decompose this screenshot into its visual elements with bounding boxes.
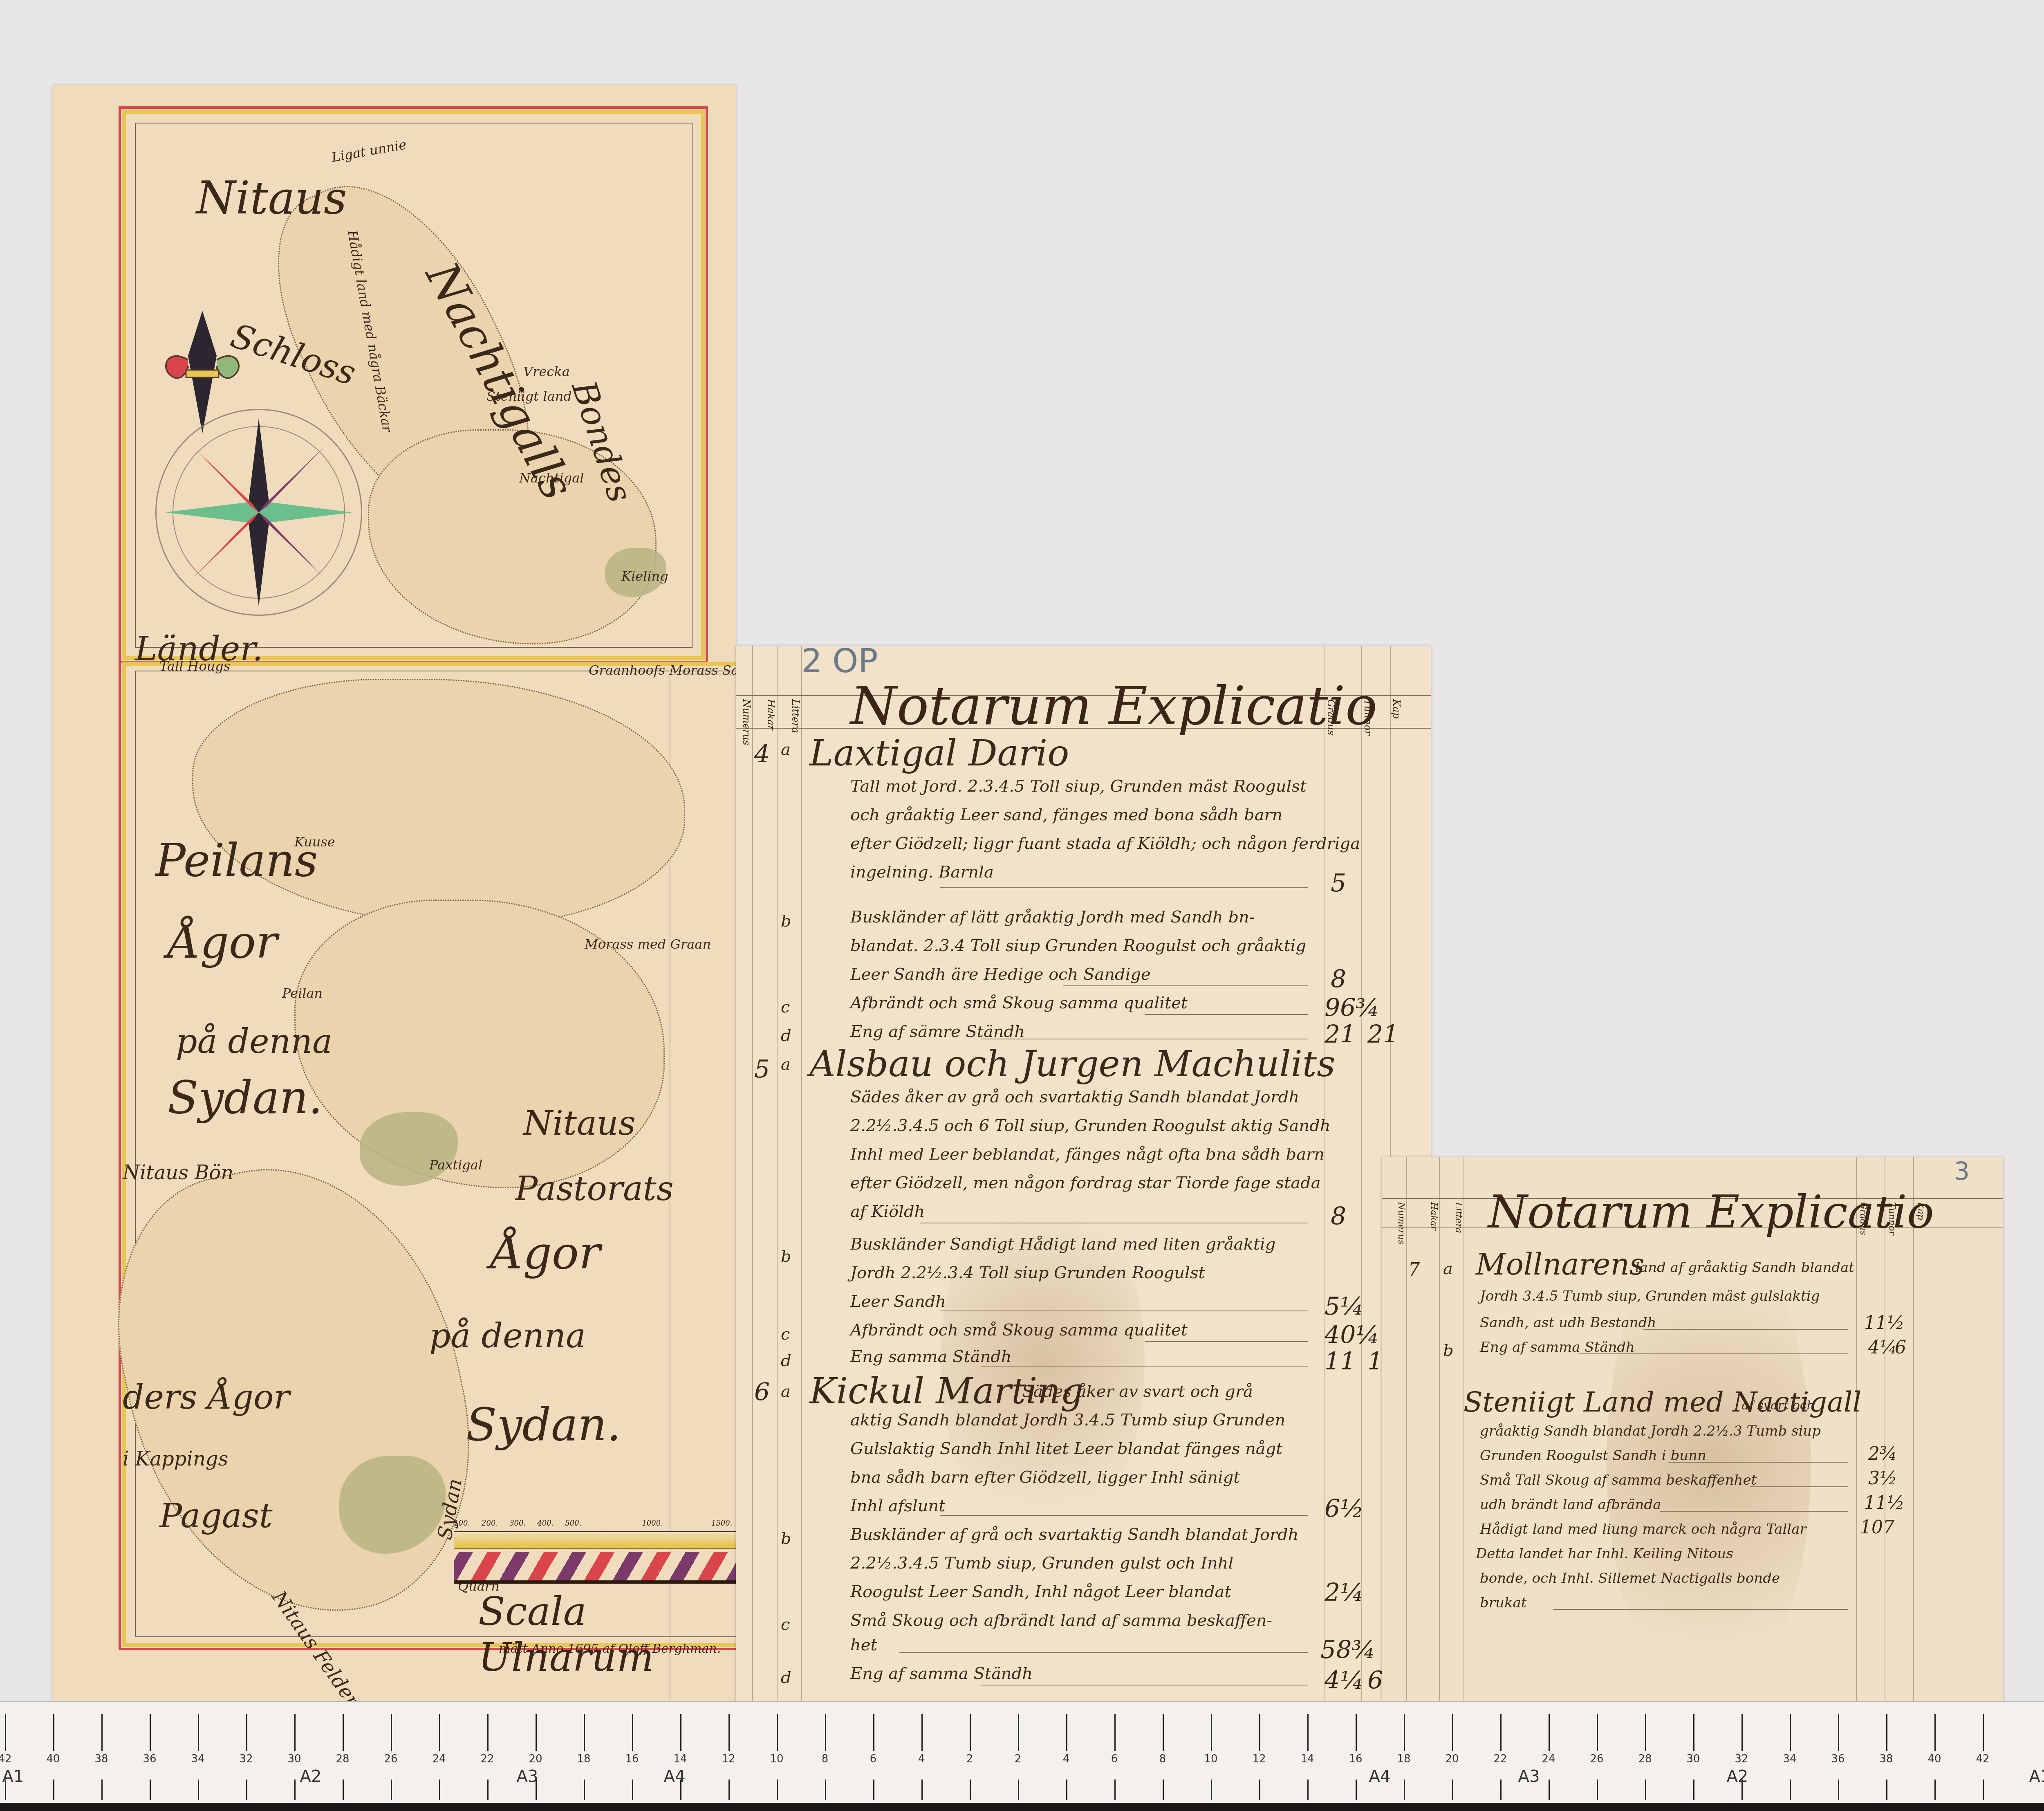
map-label-pa-denna-2: på denna: [429, 1317, 586, 1355]
entry-value: 107: [1860, 1517, 1894, 1538]
ruler-tick-label: 28: [1638, 1753, 1652, 1765]
entry-letter: d: [781, 1351, 791, 1370]
ledger-2-col-numerus: Numerus: [1396, 1202, 1406, 1244]
ruler-tick: [1838, 1714, 1839, 1751]
entry-letter: b: [781, 1247, 791, 1266]
ledger-2-col-kap: Kap: [1915, 1202, 1925, 1220]
entry-text: Afbrändt och små Skoug samma qualitet: [850, 994, 1188, 1012]
ruler-tick-label: 40: [1927, 1753, 1941, 1765]
ruler-tick-label: 4: [1063, 1753, 1070, 1765]
ruler-tick: [1211, 1780, 1212, 1800]
ruler-tick: [1114, 1714, 1116, 1751]
ruler-tick-label: 30: [287, 1753, 301, 1765]
entry-text: Gulslaktig Sandh Inhl litet Leer blandat…: [850, 1439, 1282, 1458]
ruler-tick: [873, 1714, 874, 1751]
ruler-tick: [487, 1714, 489, 1751]
ledger-page-1: 2 OP Notarum Explicatio Numerus Hakar Li…: [736, 646, 1431, 1709]
entry-letter: c: [781, 1325, 790, 1344]
entry-text: Grunden Roogulst Sandh i bunn: [1480, 1447, 1706, 1464]
ledger-1-col-littera: Littera: [790, 699, 801, 733]
scale-tick-1000: 1000.: [642, 1519, 663, 1528]
ruler-tick: [198, 1780, 199, 1800]
entry-letter: a: [1443, 1259, 1453, 1278]
ruler-tick: [584, 1780, 585, 1800]
entry-letter: a: [781, 740, 791, 759]
ruler-tick: [294, 1780, 296, 1800]
place-tall-hougs: Tall Hougs: [159, 658, 230, 674]
entry-letter: b: [1443, 1341, 1454, 1360]
entry-title-laxtigal-dario: Laxtigal Dario: [809, 732, 1069, 774]
entry-text: af svart och: [1741, 1398, 1815, 1413]
ledger-2-col-littera: Littera: [1453, 1202, 1464, 1233]
entry-number: 5: [754, 1055, 770, 1084]
scale-bar-stripes: [454, 1552, 740, 1584]
ruler-tick: [1404, 1780, 1405, 1800]
ruler-tick: [1597, 1780, 1598, 1800]
ruler-tick-label: 36: [143, 1753, 156, 1765]
scale-bar-ticks: 100. 200. 300. 400. 500. 1000. 1500. 200…: [454, 1519, 740, 1528]
ruler-tick-label: 22: [1493, 1753, 1507, 1765]
entry-value: 5: [1331, 869, 1346, 898]
ruler-tick: [150, 1780, 151, 1800]
ruler-tick-label: 26: [384, 1753, 397, 1765]
ruler-tick: [294, 1714, 296, 1751]
scanner-edge: [0, 1803, 2044, 1811]
place-nachtigal: Nachtigal: [519, 470, 584, 486]
ruler-tick: [728, 1714, 730, 1751]
place-vrecka: Vrecka: [523, 364, 570, 379]
scale-bar-title: Scala Ulnarum: [478, 1589, 752, 1680]
entry-text: Eng samma Ständh: [850, 1347, 1012, 1366]
ruler-tick: [728, 1780, 730, 1800]
ruler-tick: [246, 1714, 247, 1751]
ruler-tick: [439, 1714, 440, 1751]
ruler-tick-label: 18: [577, 1753, 590, 1765]
ruler-paper-size-label: A4: [664, 1767, 686, 1786]
ruler-tick-label: 18: [1397, 1753, 1410, 1765]
ruler-tick: [343, 1780, 344, 1800]
entry-text: udh brändt land afbrända: [1480, 1497, 1661, 1513]
entry-value: 8: [1331, 965, 1346, 994]
ruler-tick: [1597, 1714, 1598, 1751]
entry-value: 2¾: [1868, 1443, 1897, 1464]
ruler-tick: [1259, 1780, 1260, 1800]
place-kieling: Kieling: [621, 568, 668, 584]
map-label-agor-2: Ågor: [491, 1227, 601, 1279]
map-label-pagast: Pagast: [159, 1497, 273, 1535]
place-kuuse: Kuuse: [294, 834, 335, 850]
ruler-tick: [1886, 1780, 1887, 1800]
scale-tick-300: 300.: [509, 1519, 526, 1528]
entry-text: ingelning. Barnla: [850, 863, 994, 882]
ruler-tick: [1163, 1714, 1164, 1751]
ruler-tick: [1645, 1780, 1646, 1800]
ruler-tick-label: 4: [918, 1753, 925, 1765]
ruler-tick: [873, 1780, 874, 1800]
ruler-tick: [487, 1780, 489, 1800]
ruler-tick: [584, 1714, 585, 1751]
ruler-tick-label: 20: [1445, 1753, 1459, 1765]
entry-text: Roogulst Leer Sandh, Inhl något Leer bla…: [850, 1582, 1231, 1601]
ruler-tick: [1500, 1780, 1502, 1800]
entry-text: bna sådh barn efter Giödzell, ligger Inh…: [850, 1468, 1240, 1487]
entry-letter: c: [781, 1615, 790, 1634]
ruler-tick: [1838, 1780, 1839, 1800]
entry-text: Sädes åker av grå och svartaktig Sandh b…: [850, 1088, 1299, 1106]
ruler-tick: [53, 1714, 54, 1751]
entry-value: 96¾: [1325, 994, 1380, 1022]
entry-text: efter Giödzell; liggr fuant stada af Kiö…: [850, 834, 1360, 853]
entry-text: Små Skoug och afbrändt land af samma bes…: [850, 1611, 1272, 1630]
ruler-tick: [5, 1714, 6, 1751]
ruler-tick-label: 40: [46, 1753, 60, 1765]
ruler-tick-label: 10: [770, 1753, 783, 1765]
entry-text: bonde, och Inhl. Sillemet Nactigalls bon…: [1480, 1570, 1780, 1587]
ruler-tick: [1790, 1780, 1791, 1800]
ruler-tick-label: 22: [480, 1753, 494, 1765]
entry-letter: d: [781, 1026, 791, 1045]
ruler-tick: [1018, 1780, 1019, 1800]
entry-text: Sandh, ast udh Bestandh: [1480, 1315, 1656, 1331]
ruler-tick: [1452, 1780, 1453, 1800]
ruler-tick: [1259, 1714, 1260, 1751]
ruler-tick-label: 32: [1735, 1753, 1748, 1765]
entry-value: 3½: [1868, 1468, 1897, 1489]
map-label-pastorats: Pastorats: [515, 1169, 674, 1208]
entry-text: Tall mot Jord. 2.3.4.5 Toll siup, Grunde…: [850, 777, 1307, 796]
ruler-tick: [246, 1780, 247, 1800]
ruler-tick-label: 6: [1111, 1753, 1118, 1765]
ledger-1-col-gradus: Gradus: [1325, 699, 1337, 735]
ruler-tick: [921, 1714, 923, 1751]
ledger-1-col-numerus: Numerus: [741, 699, 752, 745]
ruler-tick-label: 6: [870, 1753, 877, 1765]
ruler-tick: [680, 1714, 681, 1751]
ruler-tick-label: 20: [529, 1753, 542, 1765]
ruler-tick-label: 10: [1204, 1753, 1217, 1765]
entry-text: Hådigt land med liung marck och några Ta…: [1480, 1521, 1806, 1537]
ruler-tick: [825, 1780, 826, 1800]
entry-number: 6: [754, 1378, 770, 1407]
ledger-2-col-hakar: Hakar: [1429, 1202, 1439, 1230]
entry-text: Inhl med Leer beblandat, fänges någt oft…: [850, 1145, 1325, 1164]
ruler-tick-label: 26: [1590, 1753, 1603, 1765]
ruler-tick: [1500, 1714, 1502, 1751]
entry-value: 6½: [1325, 1495, 1364, 1523]
ruler-tick: [1549, 1714, 1550, 1751]
ruler-tick: [1163, 1780, 1164, 1800]
entry-letter: d: [781, 1668, 791, 1687]
ledger-2-col-gradus: Gradus: [1858, 1202, 1868, 1235]
entry-text: Detta landet har Inhl. Keiling Nitous: [1476, 1546, 1733, 1562]
scale-bar-subtitle: mätt Anno 1695 af Oloff Berghman.: [499, 1642, 721, 1656]
entry-extra: 21: [1367, 1020, 1399, 1049]
ruler-paper-size-label: A1: [2029, 1767, 2044, 1786]
entry-letter: b: [781, 1529, 791, 1548]
scale-tick-1500: 1500.: [711, 1519, 733, 1528]
ruler-tick: [1066, 1780, 1067, 1800]
ruler-tick: [1741, 1714, 1743, 1751]
ruler-tick-label: 36: [1831, 1753, 1845, 1765]
ruler-tick: [1211, 1714, 1212, 1751]
entry-value: 58¾: [1320, 1636, 1376, 1664]
ruler-tick-label: 16: [625, 1753, 639, 1765]
ledger-1-heading: Notarum Explicatio: [850, 675, 1377, 737]
ruler-tick-label: 24: [432, 1753, 446, 1765]
ruler-tick-label: 12: [1252, 1753, 1266, 1765]
entry-value: 8: [1331, 1202, 1346, 1231]
ruler-tick: [825, 1714, 826, 1751]
entry-title-mollnarens: Mollnarens: [1476, 1247, 1645, 1281]
entry-letter: a: [781, 1382, 791, 1401]
ruler-tick: [1356, 1780, 1357, 1800]
scale-tick-400: 400.: [537, 1519, 554, 1528]
ruler-tick: [1645, 1714, 1646, 1751]
entry-text: Buskländer af lätt gråaktig Jordh med Sa…: [850, 908, 1255, 927]
entry-value: 11½: [1864, 1492, 1905, 1513]
ruler-tick: [1114, 1780, 1116, 1800]
ruler-tick: [1983, 1714, 1984, 1751]
entry-text: Buskländer af grå och svartaktig Sandh b…: [850, 1525, 1298, 1544]
place-peilan: Peilan: [282, 985, 323, 1001]
ruler-tick-label: 14: [1300, 1753, 1314, 1765]
entry-text: Jordh 3.4.5 Tumb siup, Grunden mäst guls…: [1480, 1288, 1820, 1304]
entry-text: Buskländer Sandigt Hådigt land med liten…: [850, 1235, 1275, 1254]
map-label-i-kappings: i Kappings: [123, 1447, 228, 1470]
ruler-tick: [101, 1714, 103, 1751]
entry-text: gråaktig Sandh blandat Jordh 2.2½.3 Tumb…: [1480, 1423, 1821, 1439]
ruler-tick-label: 42: [1976, 1753, 1989, 1765]
entry-text: 2.2½.3.4.5 och 6 Toll siup, Grunden Roog…: [850, 1116, 1331, 1135]
ruler-paper-size-label: A1: [2, 1767, 24, 1786]
scale-bar-cartouche: 100. 200. 300. 400. 500. 1000. 1500. 200…: [454, 1519, 752, 1674]
ruler-tick-label: 38: [1879, 1753, 1893, 1765]
ruler-tick-label: 24: [1542, 1753, 1555, 1765]
ledger-page-2: 3 Notarum Explicatio Numerus Hakar Litte…: [1382, 1157, 2003, 1721]
ruler-tick: [632, 1714, 633, 1751]
ruler-paper-size-label: A3: [1518, 1767, 1540, 1786]
ruler-tick: [1452, 1714, 1453, 1751]
map-label-ders-agor: ders Ågor: [123, 1378, 290, 1417]
map-label-nitaus-bon: Nitaus Bön: [123, 1161, 233, 1184]
ruler-tick: [1018, 1714, 1019, 1751]
ruler-paper-size-label: A4: [1369, 1767, 1391, 1786]
entry-letter: b: [781, 912, 791, 931]
entry-value: 11½: [1864, 1313, 1905, 1333]
entry-value: 11: [1325, 1347, 1356, 1376]
entry-text: Sädes åker av svart och grå: [1022, 1382, 1253, 1401]
entry-value: 4¼: [1325, 1666, 1364, 1695]
ruler-tick: [53, 1780, 54, 1800]
ruler-tick: [1356, 1714, 1357, 1751]
ruler-tick-label: 42: [0, 1753, 12, 1765]
map-label-nitaus-mid: Nitaus: [523, 1104, 636, 1143]
ruler-tick: [921, 1780, 923, 1800]
measurement-ruler: 4240383634323028262422201816141210864224…: [0, 1701, 2044, 1811]
map-label-sydan-1: Sydan.: [168, 1071, 323, 1124]
map-label-pa-denna-1: på denna: [176, 1022, 332, 1061]
ruler-tick-label: 2: [1015, 1753, 1022, 1765]
map-label-peilans: Peilans: [155, 834, 318, 886]
entry-text: Afbrändt och små Skoug samma qualitet: [850, 1321, 1188, 1340]
ruler-tick-label: 8: [1159, 1753, 1166, 1765]
ruler-tick: [1066, 1714, 1067, 1751]
ruler-tick: [1886, 1714, 1887, 1751]
ruler-tick: [1934, 1714, 1936, 1751]
map-label-agor-1: Ågor: [168, 916, 278, 968]
entry-text: Små Tall Skoug af samma beskaffenhet: [1480, 1472, 1757, 1488]
entry-value: 4¼: [1868, 1337, 1897, 1358]
entry-text: och gråaktig Leer sand, fänges med bona …: [850, 806, 1282, 824]
ruler-tick: [1307, 1714, 1309, 1751]
entry-text: Jordh 2.2½.3.4 Toll siup Grunden Rooguls…: [850, 1263, 1205, 1282]
ruler-tick: [1934, 1780, 1936, 1800]
scale-bar-ruler: [454, 1531, 740, 1549]
ruler-tick-label: 30: [1686, 1753, 1700, 1765]
entry-text: het: [850, 1636, 877, 1654]
ledger-1-col-tunnor: Tunnor: [1362, 699, 1374, 735]
entry-value: 40¼: [1325, 1321, 1380, 1349]
entry-text: 2.2½.3.4.5 Tumb siup, Grunden gulst och …: [850, 1554, 1233, 1573]
entry-extra: 6: [1895, 1337, 1906, 1358]
place-moras-med-graan: Morass med Graan: [585, 936, 711, 952]
entry-extra: 6: [1367, 1666, 1383, 1695]
ruler-tick-label: 16: [1349, 1753, 1362, 1765]
entry-value: 5¼: [1325, 1292, 1364, 1321]
place-paxtigal: Paxtigal: [429, 1157, 482, 1173]
scale-tick-100: 100.: [454, 1519, 470, 1528]
entry-letter: a: [781, 1055, 791, 1074]
compass-rose: [155, 409, 362, 616]
ruler-tick-label: 14: [673, 1753, 687, 1765]
ruler-tick: [536, 1714, 537, 1751]
entry-text: Leer Sandh äre Hedige och Sandige: [850, 965, 1151, 984]
entry-letter: c: [781, 998, 790, 1017]
entry-text: af Kiöldh: [850, 1202, 925, 1221]
ruler-tick: [1404, 1714, 1405, 1751]
place-steniigt-land: Steniigt land: [486, 388, 572, 404]
entry-number: 4: [754, 740, 770, 769]
ruler-tick-label: 8: [822, 1753, 829, 1765]
ruler-paper-size-label: A2: [1727, 1767, 1748, 1786]
map-label-nitaus-top: Nitaus: [196, 172, 347, 224]
ruler-tick: [391, 1714, 392, 1751]
ruler-paper-size-label: A3: [517, 1767, 538, 1786]
ruler-tick-label: 28: [336, 1753, 349, 1765]
ruler-tick: [150, 1714, 151, 1751]
ruler-tick-label: 32: [239, 1753, 253, 1765]
ruler-paper-size-label: A2: [300, 1767, 322, 1786]
entry-title-alsbau-jurgen-machulits: Alsbau och Jurgen Machulits: [809, 1043, 1335, 1085]
scale-tick-500: 500.: [565, 1519, 581, 1528]
ruler-tick: [970, 1714, 971, 1751]
ruler-tick: [1790, 1714, 1791, 1751]
entry-text: Inhl afslunt: [850, 1497, 945, 1515]
ruler-tick: [1693, 1714, 1694, 1751]
ruler-tick: [777, 1714, 778, 1751]
entry-text: efter Giödzell, men någon fordrag star T…: [850, 1174, 1321, 1192]
ledger-1-col-kap: Kap: [1391, 699, 1402, 719]
ruler-tick: [970, 1780, 971, 1800]
ruler-tick: [391, 1780, 392, 1800]
scale-tick-200: 200.: [482, 1519, 498, 1528]
entry-text: blandat. 2.3.4 Toll siup Grunden Rooguls…: [850, 936, 1306, 955]
entry-text: brukat: [1480, 1595, 1526, 1611]
ruler-tick: [343, 1714, 344, 1751]
entry-number: 7: [1408, 1259, 1420, 1280]
compass-star-icon: [157, 410, 361, 615]
map-label-sydan-2: Sydan.: [466, 1398, 621, 1451]
ruler-tick: [632, 1780, 633, 1800]
ruler-tick: [439, 1780, 440, 1800]
ruler-tick: [198, 1714, 199, 1751]
entry-text: Eng af samma Ständh: [850, 1664, 1033, 1683]
page-number: 3: [1954, 1157, 1970, 1186]
ledger-1-col-hakar: Hakar: [765, 699, 777, 730]
ruler-tick-label: 2: [966, 1753, 973, 1765]
entry-text: Leer Sandh: [850, 1292, 946, 1311]
ruler-tick-label: 34: [1783, 1753, 1796, 1765]
ruler-tick-label: 12: [722, 1753, 735, 1765]
ruler-tick-label: 38: [94, 1753, 108, 1765]
ruler-tick-label: 34: [191, 1753, 204, 1765]
entry-text: Eng af samma Ständh: [1480, 1339, 1635, 1355]
ruler-tick: [777, 1780, 778, 1800]
ruler-tick: [1693, 1780, 1694, 1800]
ruler-tick: [1307, 1780, 1309, 1800]
ruler-tick: [1549, 1780, 1550, 1800]
entry-text: aktig Sandh blandat Jordh 3.4.5 Tumb siu…: [850, 1411, 1285, 1430]
ledger-2-col-tunnor: Tunnor: [1887, 1202, 1897, 1235]
entry-text: land af gråaktig Sandh blandat: [1635, 1259, 1854, 1276]
ruler-tick: [101, 1780, 103, 1800]
ruler-tick: [1983, 1780, 1984, 1800]
entry-value: 2¼: [1325, 1578, 1364, 1607]
